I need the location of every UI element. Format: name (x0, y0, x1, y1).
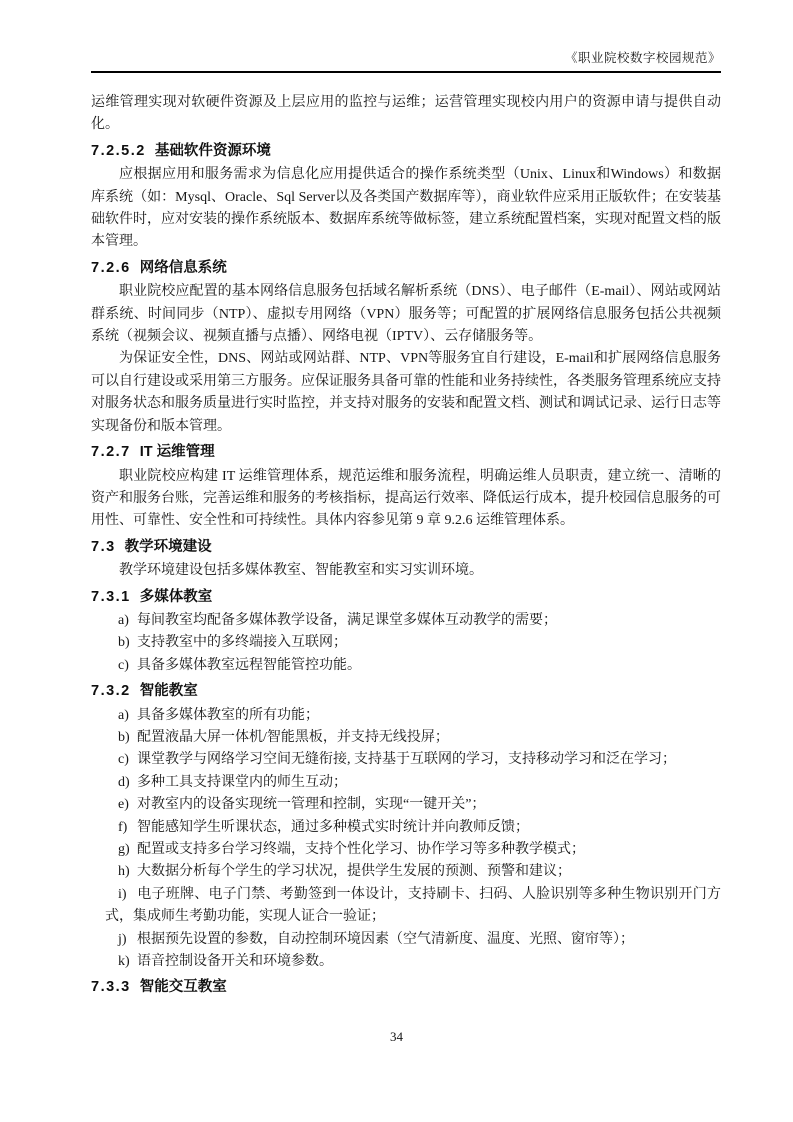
list-item-text: 对教室内的设备实现统一管理和控制，实现“一键开关”； (137, 797, 485, 812)
list-item-label: i) (118, 884, 137, 906)
heading-title: 教学环境建设 (125, 539, 212, 555)
list-item-text: 课堂教学与网络学习空间无缝衔接, 支持基于互联网的学习，支持移动学习和泛在学习； (137, 752, 676, 767)
section-heading-7-3-3: 7.3.3智能交互教室 (91, 976, 721, 998)
heading-number: 7.2.6 (91, 260, 131, 276)
heading-number: 7.2.7 (91, 444, 131, 460)
section-heading-7-2-7: 7.2.7IT 运维管理 (91, 441, 721, 463)
list-item-label: d) (118, 772, 137, 794)
list-item-text: 每间教室均配备多媒体教学设备，满足课堂多媒体互动教学的需要； (137, 613, 557, 628)
list-7-3-1: a)每间教室均配备多媒体教学设备，满足课堂多媒体互动教学的需要； b)支持教室中… (91, 610, 721, 677)
list-item-label: b) (118, 727, 137, 749)
list-item-label: c) (118, 749, 137, 771)
list-item: b)配置液晶大屏一体机/智能黑板，并支持无线投屏； (105, 727, 721, 749)
list-item-text: 支持教室中的多终端接入互联网； (137, 635, 347, 650)
heading-number: 7.3 (91, 539, 116, 555)
list-item-text: 具备多媒体教室的所有功能； (137, 708, 319, 723)
heading-title: 智能教室 (140, 683, 198, 699)
paragraph: 职业院校应构建 IT 运维管理体系，规范运维和服务流程，明确运维人员职责，建立统… (91, 466, 721, 533)
list-item-text: 根据预先设置的参数，自动控制环境因素（空气清新度、温度、光照、窗帘等）； (137, 932, 634, 947)
list-item: d)多种工具支持课堂内的师生互动； (105, 772, 721, 794)
heading-number: 7.2.5.2 (91, 143, 146, 159)
page-content: 《职业院校数字校园规范》 运维管理实现对软硬件资源及上层应用的监控与运维；运营管… (0, 0, 793, 999)
list-item: f)智能感知学生听课状态，通过多种模式实时统计并向教师反馈； (105, 817, 721, 839)
list-item: g)配置或支持多台学习终端，支持个性化学习、协作学习等多种教学模式； (105, 839, 721, 861)
paragraph: 应根据应用和服务需求为信息化应用提供适合的操作系统类型（Unix、Linux和W… (91, 164, 721, 254)
list-item-text: 多种工具支持课堂内的师生互动； (137, 775, 347, 790)
list-item: e)对教室内的设备实现统一管理和控制，实现“一键开关”； (105, 794, 721, 816)
page-number: 34 (0, 1028, 793, 1045)
list-item-label: a) (118, 610, 137, 632)
list-item-label: b) (118, 632, 137, 654)
section-heading-7-3-2: 7.3.2智能教室 (91, 680, 721, 702)
heading-title: IT 运维管理 (140, 444, 215, 460)
paragraph-continuation: 运维管理实现对软硬件资源及上层应用的监控与运维；运营管理实现校内用户的资源申请与… (91, 92, 721, 137)
heading-title: 多媒体教室 (140, 589, 213, 605)
list-7-3-2: a)具备多媒体教室的所有功能； b)配置液晶大屏一体机/智能黑板，并支持无线投屏… (91, 705, 721, 974)
list-item-text: 具备多媒体教室远程智能管控功能。 (137, 658, 361, 673)
list-item-label: c) (118, 655, 137, 677)
section-heading-7-2-6: 7.2.6网络信息系统 (91, 257, 721, 279)
list-item-text: 语音控制设备开关和环境参数。 (137, 954, 333, 969)
list-item: b)支持教室中的多终端接入互联网； (105, 632, 721, 654)
list-item-text: 配置或支持多台学习终端，支持个性化学习、协作学习等多种教学模式； (137, 842, 585, 857)
paragraph: 职业院校应配置的基本网络信息服务包括域名解析系统（DNS）、电子邮件（E-mai… (91, 281, 721, 348)
list-item: k)语音控制设备开关和环境参数。 (105, 951, 721, 973)
list-item: a)具备多媒体教室的所有功能； (105, 705, 721, 727)
list-item-label: e) (118, 794, 137, 816)
list-item: h)大数据分析每个学生的学习状况，提供学生发展的预测、预警和建议； (105, 861, 721, 883)
list-item-label: f) (118, 817, 137, 839)
heading-title: 网络信息系统 (140, 260, 227, 276)
list-item: j)根据预先设置的参数，自动控制环境因素（空气清新度、温度、光照、窗帘等）； (105, 929, 721, 951)
paragraph: 教学环境建设包括多媒体教室、智能教室和实习实训环境。 (91, 560, 721, 582)
section-heading-7-3-1: 7.3.1多媒体教室 (91, 586, 721, 608)
list-item-label: g) (118, 839, 137, 861)
list-item-label: a) (118, 705, 137, 727)
document-page: 《职业院校数字校园规范》 运维管理实现对软硬件资源及上层应用的监控与运维；运营管… (0, 0, 793, 1122)
paragraph: 为保证安全性，DNS、网站或网站群、NTP、VPN等服务宜自行建设，E-mail… (91, 348, 721, 438)
section-heading-7-3: 7.3教学环境建设 (91, 536, 721, 558)
document-header: 《职业院校数字校园规范》 (91, 0, 721, 73)
list-item: c)课堂教学与网络学习空间无缝衔接, 支持基于互联网的学习，支持移动学习和泛在学… (105, 749, 721, 771)
document-header-title: 《职业院校数字校园规范》 (565, 51, 721, 65)
list-item-text: 配置液晶大屏一体机/智能黑板，并支持无线投屏； (137, 730, 449, 745)
heading-number: 7.3.1 (91, 589, 131, 605)
heading-number: 7.3.3 (91, 979, 131, 995)
list-item-label: j) (118, 929, 137, 951)
list-item-text: 电子班牌、电子门禁、考勤签到一体设计，支持刷卡、扫码、人脸识别等多种生物识别开门… (105, 887, 721, 924)
list-item: c)具备多媒体教室远程智能管控功能。 (105, 655, 721, 677)
list-item-label: h) (118, 861, 137, 883)
list-item-label: k) (118, 951, 137, 973)
list-item: i)电子班牌、电子门禁、考勤签到一体设计，支持刷卡、扫码、人脸识别等多种生物识别… (105, 884, 721, 929)
document-body: 运维管理实现对软硬件资源及上层应用的监控与运维；运营管理实现校内用户的资源申请与… (91, 73, 721, 999)
heading-number: 7.3.2 (91, 683, 131, 699)
list-item-text: 大数据分析每个学生的学习状况，提供学生发展的预测、预警和建议； (137, 864, 571, 879)
heading-title: 基础软件资源环境 (155, 143, 271, 159)
list-item-text: 智能感知学生听课状态，通过多种模式实时统计并向教师反馈； (137, 820, 529, 835)
heading-title: 智能交互教室 (140, 979, 227, 995)
section-heading-7-2-5-2: 7.2.5.2基础软件资源环境 (91, 140, 721, 162)
list-item: a)每间教室均配备多媒体教学设备，满足课堂多媒体互动教学的需要； (105, 610, 721, 632)
